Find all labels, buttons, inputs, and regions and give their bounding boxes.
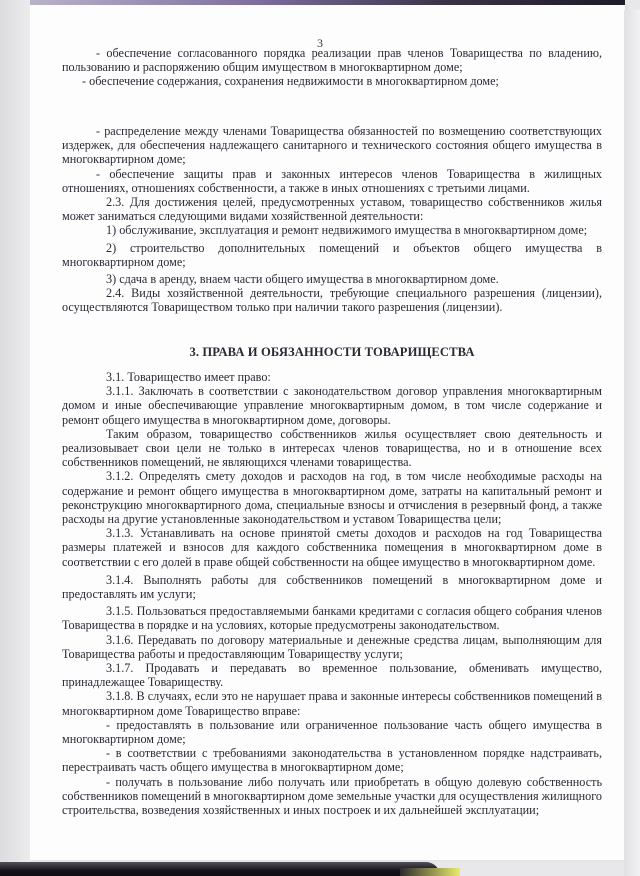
list-item: 1) обслуживание, эксплуатация и ремонт н…: [62, 223, 602, 237]
list-item: 2) строительство дополнительных помещени…: [62, 241, 602, 269]
paragraph: Таким образом, товарищество собственнико…: [62, 427, 602, 470]
paragraph: - обеспечение содержания, сохранения нед…: [62, 74, 602, 88]
paragraph: 2.3. Для достижения целей, предусмотренн…: [62, 195, 602, 223]
paragraph: 3.1.3. Устанавливать на основе принятой …: [62, 526, 602, 569]
scan-bottom-artifact: [400, 868, 460, 876]
section-heading: 3. ПРАВА И ОБЯЗАННОСТИ ТОВАРИЩЕСТВА: [62, 345, 602, 359]
paragraph: - обеспечение защиты прав и законных инт…: [62, 167, 602, 195]
scan-top-edge: [30, 0, 625, 5]
paragraph: 3.1.6. Передавать по договору материальн…: [62, 633, 602, 661]
paragraph: - распределение между членами Товарищест…: [62, 124, 602, 167]
list-item: - предоставлять в пользование или ограни…: [62, 718, 602, 746]
paragraph: 2.4. Виды хозяйственной деятельности, тр…: [62, 286, 602, 314]
list-item: - получать в пользование либо получать и…: [62, 775, 602, 818]
paragraph: 3.1.5. Пользоваться предоставляемыми бан…: [62, 604, 602, 632]
scan-bottom-edge: [0, 862, 440, 876]
paragraph: 3.1.7. Продавать и передавать во временн…: [62, 661, 602, 689]
scan-right-edge: [624, 10, 640, 876]
paragraph: 3.1.8. В случаях, если это не нарушает п…: [62, 689, 602, 717]
list-item: - в соответствии с требованиями законода…: [62, 746, 602, 774]
list-item: 3) сдача в аренду, внаем части общего им…: [62, 272, 602, 286]
paragraph: 3.1.4. Выполнять работы для собственнико…: [62, 573, 602, 601]
paragraph: 3.1.2. Определять смету доходов и расход…: [62, 469, 602, 526]
scan-left-margin: [0, 0, 30, 876]
paragraph: - обеспечение согласованного порядка реа…: [62, 46, 602, 74]
paragraph: 3.1.1. Заключать в соответствии с законо…: [62, 384, 602, 427]
paragraph: 3.1. Товарищество имеет право:: [62, 370, 602, 384]
